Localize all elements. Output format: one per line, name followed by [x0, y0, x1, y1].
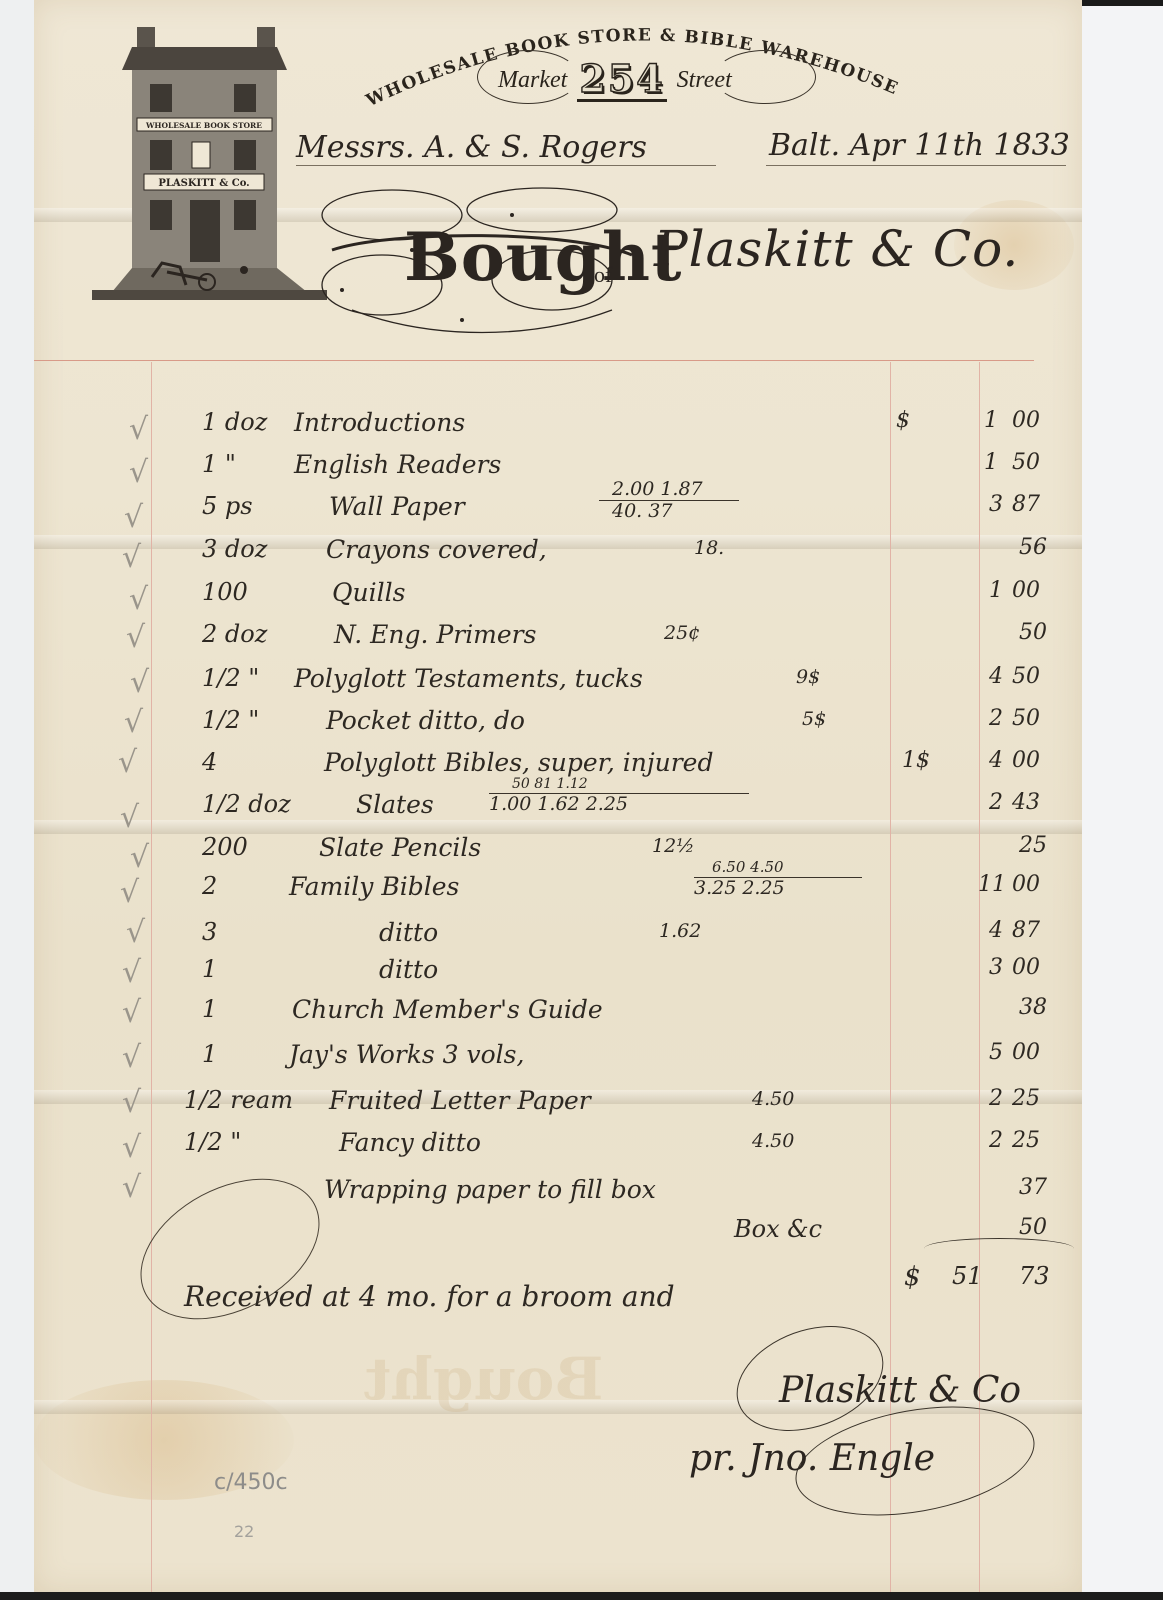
of-label: of	[594, 262, 612, 288]
total-dollars: 51	[952, 1262, 983, 1290]
quantity: 3 doz	[202, 535, 267, 563]
calculation-note: 1.00 1.62 2.25	[489, 793, 628, 815]
amount-cents: 87	[1012, 918, 1062, 943]
amount-cents: 56	[1019, 535, 1069, 560]
ledger-row: 3 ditto 1.62 4 87	[34, 918, 1082, 958]
calculation-note: 25¢	[664, 622, 700, 644]
calculation-note: 4.50	[752, 1130, 794, 1152]
calculation-note: 50 81 1.12	[512, 776, 588, 792]
ledger-row: 3 doz Crayons covered, 18. 56	[34, 535, 1082, 575]
total-dollar-sign: $	[904, 1262, 921, 1292]
amount-dollars: 1	[984, 408, 998, 433]
amount-dollars: 4	[989, 664, 1003, 689]
amount-dollars: 4	[989, 918, 1003, 943]
calculation-note: 2.00 1.87	[612, 478, 703, 500]
amount-dollars: 1	[984, 450, 998, 475]
total-cents: 73	[1019, 1262, 1069, 1290]
invoice-date: Balt. Apr 11th 1833	[769, 128, 1070, 163]
signature-agent: pr. Jno. Engle	[689, 1438, 935, 1479]
date-underline	[766, 165, 1066, 166]
item-description: Introductions	[294, 408, 465, 437]
amount-cents: 25	[1019, 833, 1069, 858]
calculation-note: Box &c	[734, 1215, 822, 1243]
amount-cents: 37	[1019, 1175, 1069, 1200]
ledger-row: 1 Church Member's Guide 38	[34, 995, 1082, 1035]
market-label: Market	[498, 67, 567, 94]
pencil-annotation: 22	[234, 1522, 254, 1541]
ledger-row: 100 Quills 1 00	[34, 578, 1082, 618]
scanner-background	[1082, 0, 1163, 1600]
amount-cents: 00	[1012, 1040, 1062, 1065]
amount-cents: 00	[1012, 872, 1062, 897]
ledger-row: 200 Slate Pencils 12½ 25	[34, 833, 1082, 873]
ledger-row: 1/2 doz Slates 50 81 1.12 1.00 1.62 2.25…	[34, 790, 1082, 830]
item-description: Crayons covered,	[326, 535, 547, 564]
amount-cents: 50	[1019, 1215, 1069, 1240]
buyer-name: Messrs. A. & S. Rogers	[296, 130, 647, 165]
item-description: ditto	[379, 955, 438, 984]
street-address: Market 254 Street	[486, 55, 806, 105]
calculation-note: 6.50 4.50	[712, 858, 784, 876]
pencil-annotation: c/450c	[214, 1470, 288, 1495]
item-description: English Readers	[294, 450, 501, 479]
svg-text:WHOLESALE BOOK STORE: WHOLESALE BOOK STORE	[145, 121, 262, 130]
dollar-sign: $	[896, 408, 910, 433]
calculation-note: 18.	[694, 537, 724, 559]
header-rule	[34, 360, 1034, 361]
quantity: 2	[202, 872, 217, 900]
ledger-row: 1 ditto 3 00	[34, 955, 1082, 995]
amount-cents: 43	[1012, 790, 1062, 815]
item-description: Fancy ditto	[339, 1128, 481, 1157]
amount-cents: 50	[1012, 450, 1062, 475]
amount-dollars: 11	[978, 872, 1006, 897]
amount-dollars: 2	[989, 1128, 1003, 1153]
item-description: Pocket ditto, do	[326, 706, 525, 735]
quantity: 1	[202, 1040, 217, 1068]
amount-cents: 50	[1012, 664, 1062, 689]
item-description: Quills	[332, 578, 405, 607]
amount-dollars: 2	[989, 790, 1003, 815]
calculation-note: 9$	[796, 666, 820, 688]
calculation-note: 40. 37	[612, 500, 672, 522]
unit-price: 1$	[902, 748, 930, 773]
amount-dollars: 2	[989, 1086, 1003, 1111]
item-description: Fruited Letter Paper	[329, 1086, 591, 1115]
amount-cents: 00	[1012, 408, 1062, 433]
item-description: Family Bibles	[289, 872, 459, 901]
amount-cents: 50	[1012, 706, 1062, 731]
street-number: 254	[577, 59, 666, 102]
quantity: 4	[202, 748, 217, 776]
ledger-row: 1/2 " Fancy ditto 4.50 2 25	[34, 1128, 1082, 1168]
invoice-document: WHOLESALE BOOK STORE PLASKITT & Co. WHOL…	[34, 0, 1082, 1592]
amount-cents: 00	[1012, 578, 1062, 603]
quantity: 2 doz	[202, 620, 267, 648]
item-description: Slate Pencils	[319, 833, 481, 862]
seller-name: Plaskitt & Co.	[654, 220, 1019, 278]
quantity: 1/2 "	[184, 1128, 241, 1156]
quantity: 1	[202, 955, 217, 983]
bleed-through-print: Bought	[364, 1345, 603, 1413]
ledger-row: 2 Family Bibles 6.50 4.50 3.25 2.25 11 0…	[34, 872, 1082, 912]
quantity: 1 "	[202, 450, 236, 478]
item-description: Polyglott Testaments, tucks	[294, 664, 643, 693]
ledger-row: 2 doz N. Eng. Primers 25¢ 50	[34, 620, 1082, 660]
total-rule	[924, 1238, 1074, 1259]
item-description: Polyglott Bibles, super, injured	[324, 748, 713, 777]
amount-cents: 00	[1012, 748, 1062, 773]
ledger-row: 1/2 " Polyglott Testaments, tucks 9$ 4 5…	[34, 664, 1082, 704]
amount-cents: 87	[1012, 492, 1062, 517]
quantity: 1 doz	[202, 408, 267, 436]
quantity: 3	[202, 918, 217, 946]
amount-cents: 50	[1019, 620, 1069, 645]
quantity: 1/2 ream	[184, 1086, 293, 1114]
item-description: ditto	[379, 918, 438, 947]
amount-cents: 25	[1012, 1128, 1062, 1153]
ledger-row: 5 ps Wall Paper 2.00 1.87 40. 37 3 87	[34, 492, 1082, 532]
amount-dollars: 5	[989, 1040, 1003, 1065]
calculation-note: 1.62	[659, 920, 701, 942]
item-description: Slates	[356, 790, 434, 819]
quantity: 5 ps	[202, 492, 253, 520]
calculation-note: 12½	[652, 835, 695, 857]
calculation-note: 5$	[802, 708, 826, 730]
calculation-note: 3.25 2.25	[694, 877, 785, 899]
scanner-edge	[0, 1592, 1163, 1600]
amount-dollars: 2	[989, 706, 1003, 731]
item-description: Church Member's Guide	[292, 995, 603, 1024]
bought-heading: Bought	[404, 218, 682, 296]
signature-firm: Plaskitt & Co	[779, 1370, 1021, 1411]
ledger-row: 1 " English Readers 1 50	[34, 450, 1082, 490]
item-description: N. Eng. Primers	[334, 620, 536, 649]
quantity: 100	[202, 578, 248, 606]
received-note: Received at 4 mo. for a broom and	[184, 1280, 675, 1313]
amount-cents: 38	[1019, 995, 1069, 1020]
svg-text:PLASKITT & Co.: PLASKITT & Co.	[158, 178, 249, 189]
amount-dollars: 4	[989, 748, 1003, 773]
amount-dollars: 3	[989, 955, 1003, 980]
buyer-underline	[296, 165, 716, 166]
amount-cents: 25	[1012, 1086, 1062, 1111]
item-description: Wrapping paper to fill box	[324, 1175, 656, 1204]
ledger-row: 1 doz Introductions $ 1 00	[34, 408, 1082, 448]
amount-dollars: 3	[989, 492, 1003, 517]
quantity: 1/2 "	[202, 706, 259, 734]
bookstore-building-engraving: WHOLESALE BOOK STORE PLASKITT & Co.	[92, 22, 327, 312]
quantity: 200	[202, 833, 248, 861]
calculation-note: 4.50	[752, 1088, 794, 1110]
ledger-row: 1/2 " Pocket ditto, do 5$ 2 50	[34, 706, 1082, 746]
ledger-row: 1 Jay's Works 3 vols, 5 00	[34, 1040, 1082, 1080]
quantity: 1/2 doz	[202, 790, 291, 818]
quantity: 1	[202, 995, 217, 1023]
amount-cents: 00	[1012, 955, 1062, 980]
ledger-row: 1/2 ream Fruited Letter Paper 4.50 2 25	[34, 1086, 1082, 1126]
quantity: 1/2 "	[202, 664, 259, 692]
street-label: Street	[677, 67, 732, 94]
item-description: Wall Paper	[329, 492, 465, 521]
scanner-edge	[1082, 0, 1163, 6]
amount-dollars: 1	[989, 578, 1003, 603]
item-description: Jay's Works 3 vols,	[289, 1040, 524, 1069]
